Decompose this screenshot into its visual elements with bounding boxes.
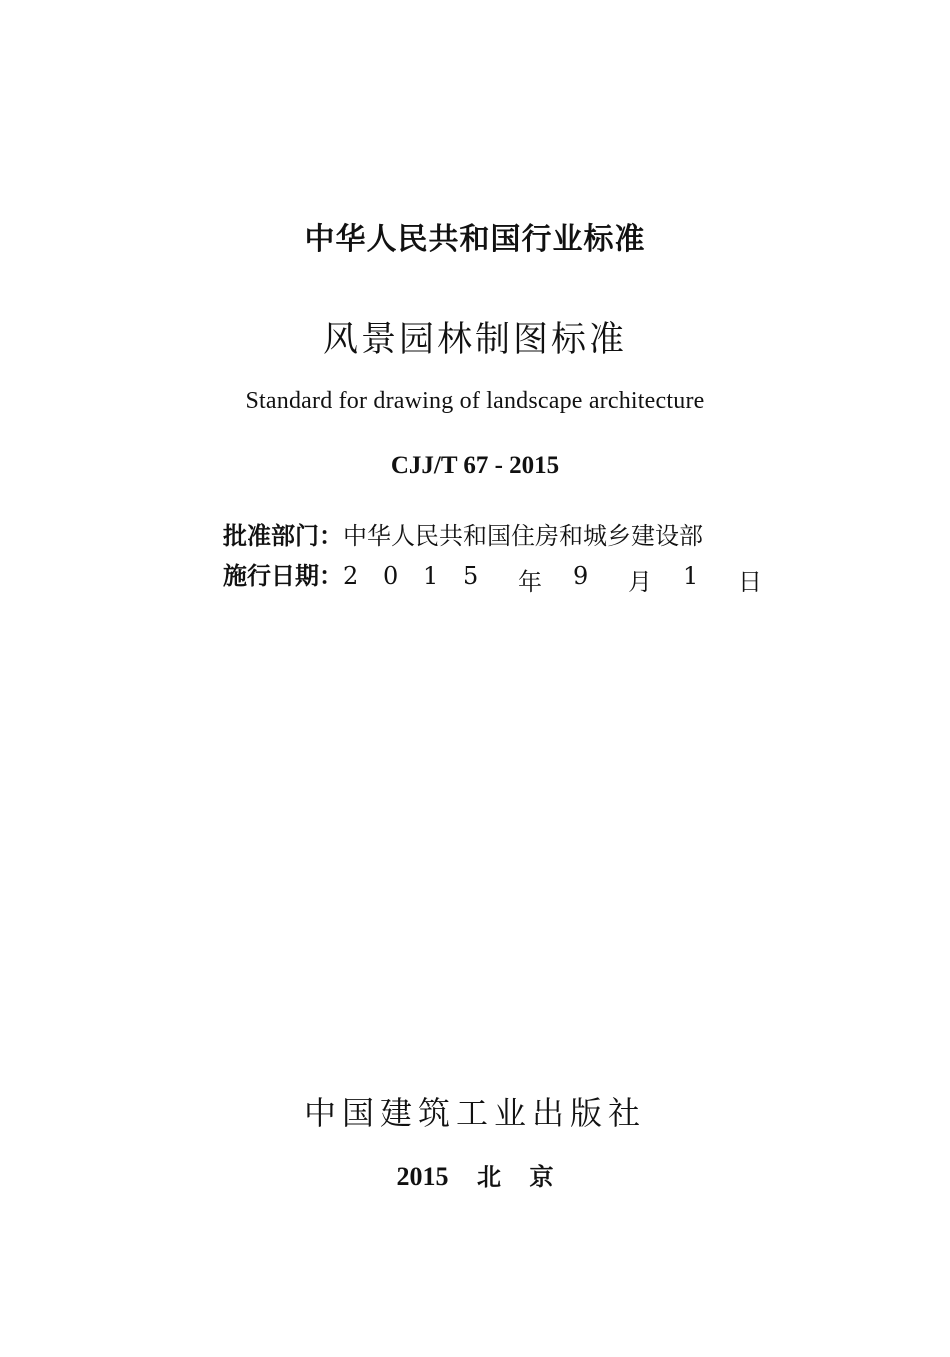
date-unit-month: 月 xyxy=(628,562,683,597)
document-title-chinese: 风景园林制图标准 xyxy=(0,312,950,362)
publication-year-and-city: 2015 北 京 xyxy=(0,1157,950,1192)
approval-department-row: 批准部门： 中华人民共和国住房和城乡建设部 xyxy=(223,516,703,551)
effective-date-label: 施行日期： xyxy=(223,556,343,591)
date-unit-day: 日 xyxy=(738,562,778,597)
date-digit: 1 xyxy=(423,562,463,597)
industry-standard-heading: 中华人民共和国行业标准 xyxy=(0,214,950,258)
date-digit: 9 xyxy=(573,562,628,597)
date-digit: 1 xyxy=(683,562,738,597)
publication-city-char: 北 xyxy=(477,1157,501,1192)
effective-date-row: 施行日期： 2 0 1 5 年 9 月 1 日 xyxy=(223,556,778,597)
effective-date-value: 2 0 1 5 年 9 月 1 日 xyxy=(343,562,778,597)
document-title-english: Standard for drawing of landscape archit… xyxy=(0,388,950,415)
date-digit: 2 xyxy=(343,562,383,597)
publication-year: 2015 xyxy=(397,1162,449,1192)
approval-department-label: 批准部门： xyxy=(223,516,343,551)
date-unit-year: 年 xyxy=(518,562,573,597)
publisher-name: 中国建筑工业出版社 xyxy=(0,1088,950,1134)
publication-city-char: 京 xyxy=(530,1157,554,1192)
date-digit: 0 xyxy=(383,562,423,597)
standard-code: CJJ/T 67 - 2015 xyxy=(0,452,950,480)
date-digit: 5 xyxy=(463,562,518,597)
approval-department-value: 中华人民共和国住房和城乡建设部 xyxy=(343,516,703,551)
